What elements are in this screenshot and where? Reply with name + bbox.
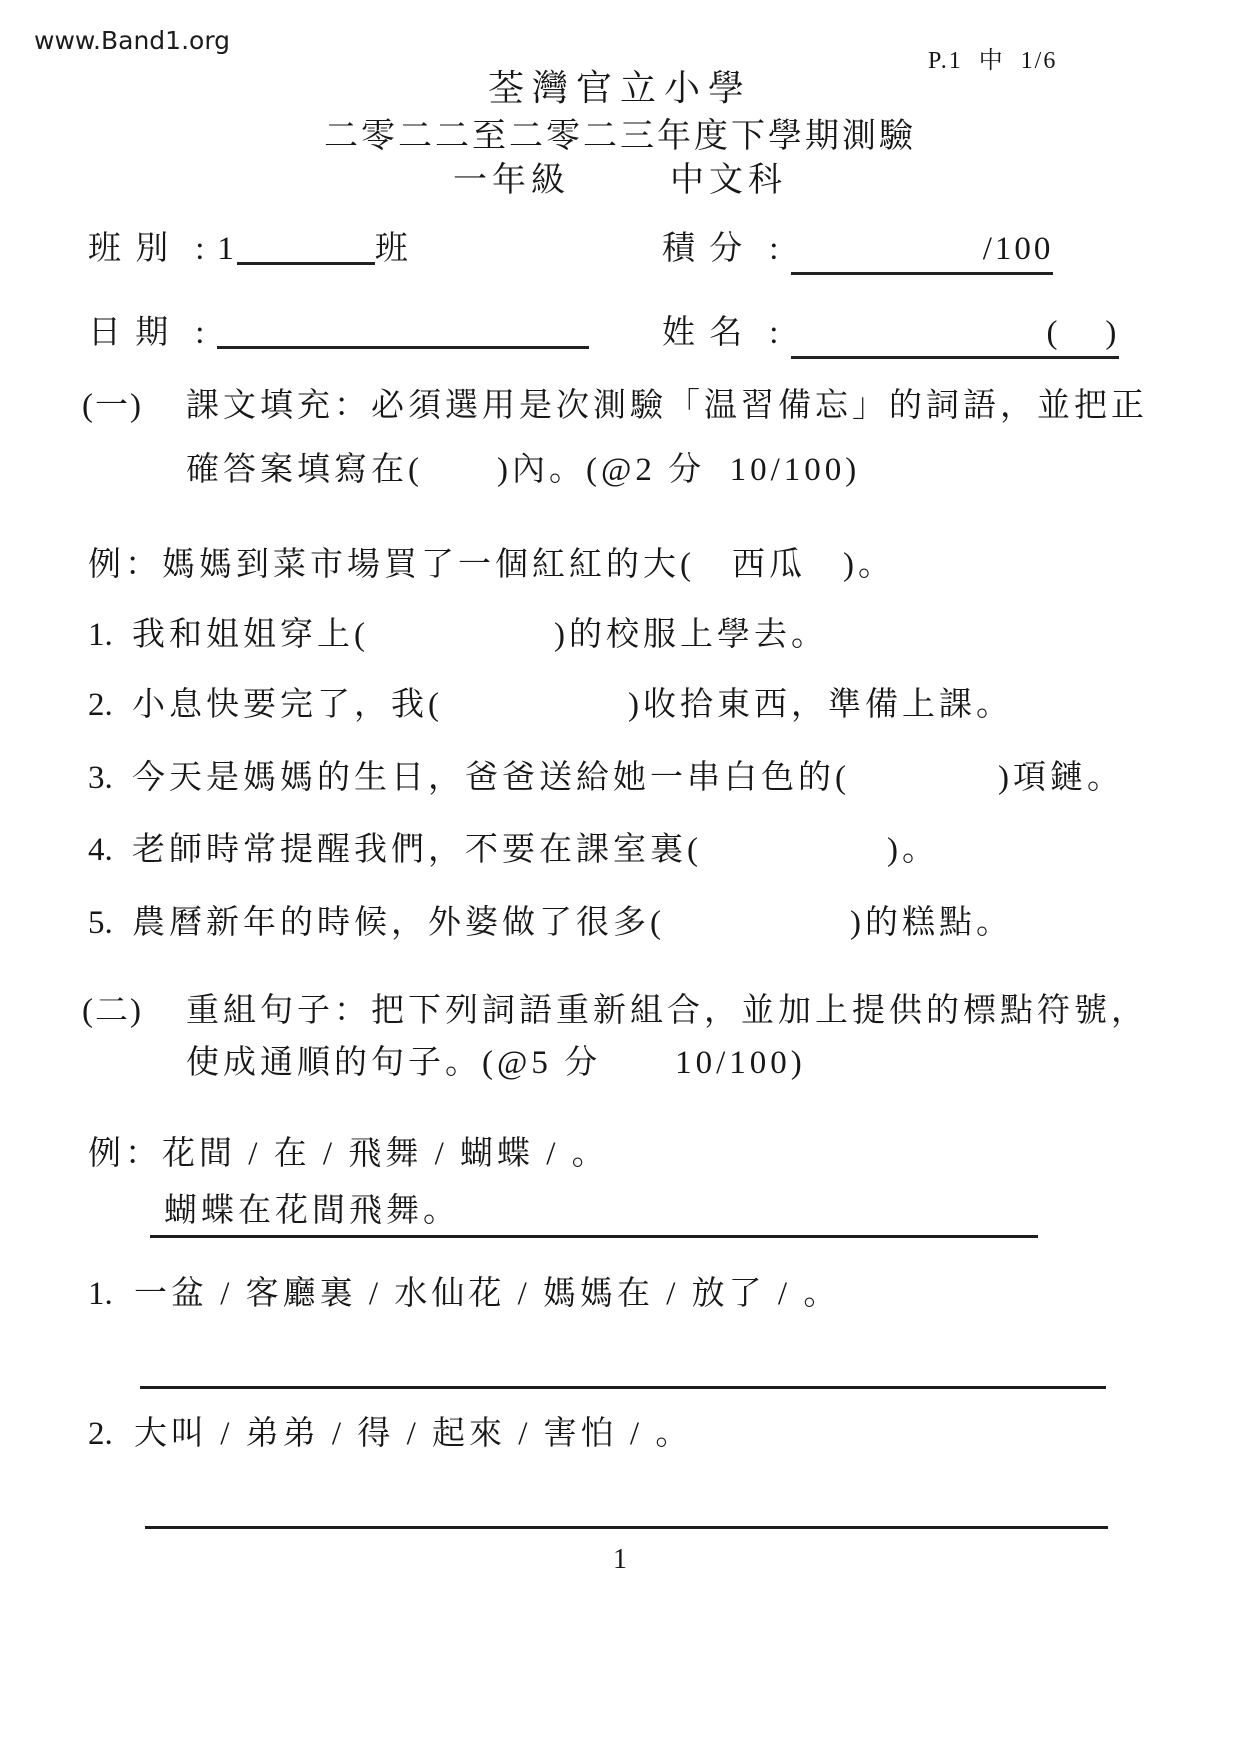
class-value: 1 bbox=[217, 231, 237, 267]
grade-subject-line: 一年級中文科 bbox=[0, 152, 1240, 201]
section2-example-question: 例：花間 / 在 / 飛舞 / 蝴蝶 / 。 bbox=[88, 1134, 609, 1175]
question-number: 5. bbox=[88, 903, 132, 944]
date-field: 日 期: bbox=[88, 306, 589, 353]
question-text: 農曆新年的時候，外婆做了很多( )的糕點。 bbox=[132, 903, 1013, 944]
section2-question-2: 2. 大叫 / 弟弟 / 得 / 起來 / 害怕 / 。 bbox=[88, 1414, 692, 1455]
name-label: 姓 名 bbox=[662, 315, 745, 351]
name-field: 姓 名:( ) bbox=[662, 306, 1119, 359]
section2-instruction-line1: 重組句子：把下列詞語重新組合，並加上提供的標點符號， bbox=[186, 991, 1148, 1032]
section2-number: (二) bbox=[82, 991, 186, 1032]
question-number: 2. bbox=[88, 685, 132, 726]
class-label: 班 別 bbox=[88, 231, 171, 267]
question-number: 4. bbox=[88, 830, 132, 871]
question-text: 一盆 / 客廳裏 / 水仙花 / 媽媽在 / 放了 / 。 bbox=[134, 1274, 840, 1315]
question-number: 1. bbox=[88, 1274, 134, 1315]
score-label: 積 分 bbox=[662, 231, 745, 267]
section1-example: 例：媽媽到菜市場買了一個紅紅的大( 西瓜 )。 bbox=[88, 545, 895, 586]
section1-question-4: 4. 老師時常提醒我們，不要在課室裏( )。 bbox=[88, 830, 939, 871]
section2-answer-line-2 bbox=[145, 1482, 1108, 1529]
page-number: 1 bbox=[0, 1544, 1240, 1576]
question-number: 3. bbox=[88, 758, 132, 799]
subject-label: 中文科 bbox=[670, 162, 787, 199]
section1-instruction-line2: 確答案填寫在( )內。(@2 分 10/100) bbox=[186, 450, 860, 491]
section1-question-1: 1. 我和姐姐穿上( )的校服上學去。 bbox=[88, 615, 828, 656]
section2-example-answer-line: 蝴蝶在花間飛舞。 bbox=[150, 1184, 1038, 1238]
section1-question-3: 3. 今天是媽媽的生日，爸爸送給她一串白色的( )項鏈。 bbox=[88, 758, 1124, 799]
question-text: 我和姐姐穿上( )的校服上學去。 bbox=[132, 615, 828, 656]
section2-header: (二) 重組句子：把下列詞語重新組合，並加上提供的標點符號， bbox=[82, 991, 1148, 1032]
section2-example-answer: 蝴蝶在花間飛舞。 bbox=[164, 1193, 460, 1229]
question-text: 大叫 / 弟弟 / 得 / 起來 / 害怕 / 。 bbox=[134, 1414, 692, 1455]
name-paren: ( ) bbox=[1046, 315, 1119, 351]
score-total: /100 bbox=[983, 231, 1054, 267]
class-blank-line bbox=[237, 262, 375, 265]
question-text: 今天是媽媽的生日，爸爸送給她一串白色的( )項鏈。 bbox=[132, 758, 1124, 799]
section1-question-5: 5. 農曆新年的時候，外婆做了很多( )的糕點。 bbox=[88, 903, 1013, 944]
score-field: 積 分:/100 bbox=[662, 222, 1053, 275]
exam-paper-page: www.Band1.org P.1 中 1/6 荃灣官立小學 二零二二至二零二三… bbox=[0, 0, 1240, 1754]
section2-instruction-line2: 使成通順的句子。(@5 分 10/100) bbox=[186, 1043, 806, 1084]
section2-question-1: 1. 一盆 / 客廳裏 / 水仙花 / 媽媽在 / 放了 / 。 bbox=[88, 1274, 840, 1315]
date-label: 日 期 bbox=[88, 315, 171, 351]
section1-instruction-line1: 課文填充：必須選用是次測驗「温習備忘」的詞語，並把正 bbox=[186, 386, 1148, 427]
exam-term-title: 二零二二至二零二三年度下學期測驗 bbox=[0, 108, 1240, 157]
class-field: 班 別:1班 bbox=[88, 222, 411, 269]
name-colon: : bbox=[769, 315, 781, 351]
question-number: 1. bbox=[88, 615, 132, 656]
score-blank-line: /100 bbox=[791, 231, 1053, 275]
score-colon: : bbox=[769, 231, 781, 267]
name-blank-line: ( ) bbox=[791, 315, 1119, 359]
question-number: 2. bbox=[88, 1414, 134, 1455]
watermark-url: www.Band1.org bbox=[34, 26, 230, 55]
section1-number: (一) bbox=[82, 386, 186, 427]
school-name: 荃灣官立小學 bbox=[0, 60, 1240, 111]
grade-label: 一年級 bbox=[453, 162, 570, 199]
question-text: 老師時常提醒我們，不要在課室裏( )。 bbox=[132, 830, 939, 871]
class-colon: : bbox=[195, 231, 207, 267]
question-text: 小息快要完了，我( )收拾東西，準備上課。 bbox=[132, 685, 1013, 726]
class-suffix: 班 bbox=[375, 231, 411, 267]
date-colon: : bbox=[195, 315, 207, 351]
section2-answer-line-1 bbox=[140, 1342, 1106, 1389]
section1-header: (一) 課文填充：必須選用是次測驗「温習備忘」的詞語，並把正 bbox=[82, 386, 1148, 427]
section1-question-2: 2. 小息快要完了，我( )收拾東西，準備上課。 bbox=[88, 685, 1013, 726]
date-blank-line bbox=[217, 346, 589, 349]
